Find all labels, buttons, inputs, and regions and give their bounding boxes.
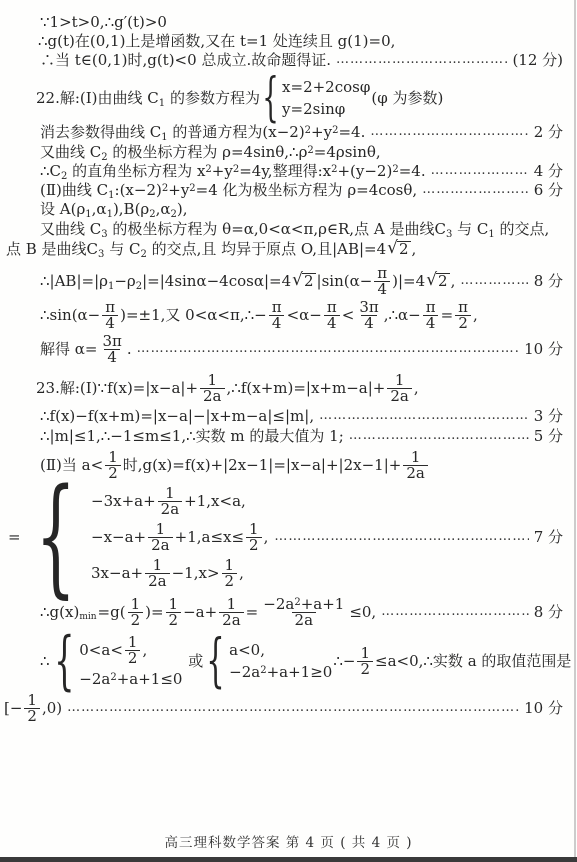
superscript: 2: [332, 125, 338, 136]
fraction-denominator: 2a: [200, 388, 225, 404]
fraction: 12a: [200, 373, 225, 404]
cases-row: 0<a<12,: [79, 635, 182, 666]
answer-sheet-page: ∵1>t>0,∴g′(t)>0∴g(t)在(0,1)上是增函数,又在 t=1 处…: [0, 0, 577, 862]
fraction-numerator: π: [423, 300, 439, 315]
text-run: 22.解:(Ⅰ)由曲线 C1 的参数方程为: [36, 89, 260, 107]
text-run: 3x−a+: [91, 565, 143, 582]
subscript: 2: [171, 209, 177, 220]
fraction-denominator: 2: [125, 650, 141, 666]
fraction-denominator: 2: [24, 708, 40, 724]
fraction-denominator: 2a: [158, 501, 183, 517]
dots-leader: ……………………………………………………………………………………………………………: [460, 272, 528, 290]
score-label: 3 分: [534, 407, 563, 425]
text-run: −a+: [183, 603, 217, 621]
subscript: 3: [446, 229, 452, 240]
text-run: )|=4: [392, 272, 425, 290]
text-run: 解得 α=: [40, 340, 97, 358]
cases-row: x=2+2cosφ: [282, 79, 370, 96]
fraction-numerator: −2a2+a+1: [260, 597, 347, 612]
fraction-numerator: 1: [128, 597, 144, 612]
fraction-numerator: π: [102, 300, 118, 315]
subscript: 3: [98, 249, 104, 260]
radicand: 2: [436, 273, 450, 289]
fraction: 12: [222, 558, 238, 589]
text-run: =: [8, 528, 21, 546]
fraction-denominator: 2: [128, 612, 144, 628]
text-run: =g(: [98, 603, 126, 621]
brace-cases: {a<0,−2a2+a+1≥0: [204, 637, 332, 685]
text-run: ∴C2 的直角坐标方程为 x2+y2=4y,整理得:x2+(y−2)2=4.: [40, 162, 426, 180]
text-run: ∴sin(α−: [40, 306, 100, 324]
fraction: 12: [166, 597, 182, 628]
text-run: (Ⅱ)曲线 C1:(x−2)2+y2=4 化为极坐标方程为 ρ=4cosθ,: [40, 181, 417, 199]
subscript: 2: [136, 281, 142, 292]
fraction: −2a2+a+12a: [260, 597, 347, 628]
fraction-numerator: 1: [246, 522, 262, 537]
superscript: 2: [392, 164, 398, 175]
text-run: ∴|m|≤1,∴−1≤m≤1,∴实数 m 的最大值为 1;: [40, 427, 344, 445]
dots-leader: ……………………………………………………………………………………………………………: [431, 162, 529, 180]
cases-row: −3x+a+12a+1,x<a,: [91, 486, 268, 517]
fraction-numerator: 1: [392, 373, 408, 388]
fraction-denominator: 4: [104, 349, 120, 365]
subscript: 1: [85, 209, 91, 220]
solution-line: ∴|m|≤1,∴−1≤m≤1,∴实数 m 的最大值为 1;………………………………: [40, 427, 563, 446]
text-run: y=2sinφ: [282, 101, 345, 118]
solution-line: ∵1>t>0,∴g′(t)>0: [40, 12, 563, 31]
text-run: ∴当 t∈(0,1)时,g(t)<0 总成立.故命题得证.: [40, 51, 331, 69]
fraction: π4: [423, 300, 439, 331]
fraction-denominator: 2a: [145, 573, 170, 589]
fraction-denominator: 4: [324, 315, 340, 331]
text-run: )=±1,又 0<α<π,∴−: [120, 306, 267, 324]
text-run: −2a2+a+1≥0: [229, 664, 332, 681]
square-root: √2: [426, 273, 449, 289]
left-brace: {: [206, 637, 224, 685]
superscript: 2: [110, 672, 116, 683]
text-run: =: [441, 306, 454, 324]
score-label: 10 分: [524, 699, 563, 717]
dots-leader: ……………………………………………………………………………………………………………: [319, 407, 529, 425]
solution-line: 设 A(ρ1,α1),B(ρ2,α2),: [40, 200, 563, 219]
text-run: |sin(α−: [317, 272, 373, 290]
fraction-numerator: 1: [222, 558, 238, 573]
text-run: <: [342, 306, 355, 324]
square-root: √2: [387, 241, 410, 257]
text-run: 又曲线 C3 的极坐标方程为 θ=α,0<α<π,ρ∈R,点 A 是曲线C3 与…: [40, 220, 549, 238]
radicand: 2: [397, 241, 411, 257]
fraction: 12: [105, 450, 121, 481]
text-run: ≤a<0,∴实数 a 的取值范围是: [375, 652, 571, 670]
text-run: ∴|AB|=|ρ1−ρ2|=|4sinα−4cosα|=4: [40, 272, 291, 290]
score-label: 7 分: [534, 528, 563, 546]
fraction-denominator: 2: [105, 465, 121, 481]
superscript: 2: [162, 183, 168, 194]
cases-row: a<0,: [229, 642, 332, 659]
superscript: 2: [233, 164, 239, 175]
solution-line: (Ⅱ)曲线 C1:(x−2)2+y2=4 化为极坐标方程为 ρ=4cosθ,………: [40, 181, 563, 200]
subscript: 2: [61, 171, 67, 182]
dots-leader: ……………………………………………………………………………………………………………: [336, 51, 507, 69]
brace-cases: {0<a<12,−2a2+a+1≤0: [51, 635, 183, 688]
text-run: 或: [183, 652, 203, 670]
solution-line: ∴|AB|=|ρ1−ρ2|=|4sinα−4cosα|=4√2|sin(α−π4…: [40, 266, 563, 297]
solution-line: ∴g(t)在(0,1)上是增函数,又在 t=1 处连续且 g(1)=0,: [38, 31, 563, 50]
subscript: 1: [488, 229, 494, 240]
fraction: π2: [455, 300, 471, 331]
superscript: 2: [307, 145, 313, 156]
solution-line: ∴sin(α−π4)=±1,又 0<α<π,∴−π4<α−π4<3π4,∴α−π…: [40, 300, 563, 331]
superscript: 2: [294, 597, 300, 608]
page-footer: 高三理科数学答案 第 4 页 ( 共 4 页 ): [0, 831, 577, 851]
solution-line: 22.解:(Ⅰ)由曲线 C1 的参数方程为{x=2+2cosφy=2sinφ(φ…: [36, 77, 563, 120]
fraction: 12a: [158, 486, 183, 517]
cases-row: 3x−a+12a−1,x>12,: [91, 558, 268, 589]
scan-bottom-bar: [0, 857, 577, 862]
fraction: π4: [324, 300, 340, 331]
fraction: 12a: [387, 373, 412, 404]
score-label: 6 分: [534, 181, 563, 199]
text-run: ,: [414, 379, 419, 397]
solution-line: ∴{0<a<12,−2a2+a+1≤0 或{a<0,−2a2+a+1≥0∴−12…: [40, 635, 563, 688]
superscript: 2: [260, 665, 266, 676]
text-run: 又曲线 C2 的极坐标方程为 ρ=4sinθ,∴ρ2=4ρsinθ,: [40, 143, 381, 161]
subscript: 1: [159, 98, 165, 109]
fraction-numerator: 1: [150, 558, 166, 573]
text-run: ∴f(x)−f(x+m)=|x−a|−|x+m−a|≤|m|,: [40, 407, 314, 425]
subscript: 1: [108, 281, 114, 292]
text-run: ,: [264, 529, 269, 546]
fraction-numerator: 3π: [356, 300, 381, 315]
solution-line: (Ⅱ)当 a<12时,g(x)=f(x)+|2x−1|=|x−a|+|2x−1|…: [40, 450, 563, 481]
text-run: −1,x>: [172, 565, 220, 582]
fraction-denominator: 2: [166, 612, 182, 628]
brace-cases: {−3x+a+12a+1,x<a,−x−a+12a+1,a≤x≤12,3x−a+…: [22, 485, 269, 590]
score-label: 8 分: [534, 272, 563, 290]
fraction: 12a: [145, 558, 170, 589]
dots-leader: ……………………………………………………………………………………………………………: [274, 528, 528, 546]
cases-row: −2a2+a+1≤0: [79, 671, 182, 688]
text-run: )=: [145, 603, 163, 621]
text-run: ,: [412, 240, 417, 258]
subscript: 2: [149, 209, 155, 220]
solution-line: ={−3x+a+12a+1,x<a,−x−a+12a+1,a≤x≤12,3x−a…: [8, 485, 563, 590]
text-run: ,: [473, 306, 478, 324]
text-run: 设 A(ρ1,α1),B(ρ2,α2),: [40, 200, 188, 218]
fraction-denominator: 4: [269, 315, 285, 331]
score-label: 2 分: [534, 123, 563, 141]
fraction-numerator: 1: [204, 373, 220, 388]
cases-row: −x−a+12a+1,a≤x≤12,: [91, 522, 268, 553]
text-run: +1,a≤x≤: [175, 529, 244, 546]
text-run: [−: [4, 699, 22, 717]
text-run: ∵1>t>0,∴g′(t)>0: [40, 13, 167, 31]
fraction-numerator: 1: [24, 693, 40, 708]
subscript: 3: [101, 229, 107, 240]
solution-line: ∴g(x)min=g(12)=12−a+12a=−2a2+a+12a≤0,…………: [40, 597, 563, 628]
text-run: <α−: [287, 306, 322, 324]
fraction: π4: [374, 266, 390, 297]
text-run: 时,g(x)=f(x)+|2x−1|=|x−a|+|2x−1|+: [123, 456, 402, 474]
text-run: ∴: [40, 652, 50, 670]
fraction-denominator: 2: [357, 661, 373, 677]
text-run: ,0): [42, 699, 62, 717]
fraction-numerator: π: [269, 300, 285, 315]
dots-leader: ……………………………………………………………………………………………………………: [370, 123, 528, 141]
brace-cases: {x=2+2cosφy=2sinφ: [261, 77, 370, 120]
fraction: π4: [102, 300, 118, 331]
cases-row: −2a2+a+1≥0: [229, 664, 332, 681]
subscript: 1: [107, 209, 113, 220]
text-run: 23.解:(Ⅰ)∵f(x)=|x−a|+: [36, 379, 198, 397]
fraction: 12a: [148, 522, 173, 553]
fraction-numerator: 1: [224, 597, 240, 612]
subscript: 1: [108, 190, 114, 201]
left-brace: {: [35, 485, 76, 590]
square-root: √2: [292, 273, 315, 289]
text-run: −x−a+: [91, 529, 146, 546]
text-run: ∴−: [333, 652, 355, 670]
fraction-numerator: 1: [105, 450, 121, 465]
fraction: 12: [357, 646, 373, 677]
fraction-denominator: 4: [423, 315, 439, 331]
fraction-denominator: 2: [222, 573, 238, 589]
text-run: =: [246, 603, 259, 621]
fraction-numerator: π: [324, 300, 340, 315]
fraction-numerator: π: [374, 266, 390, 281]
score-label: 4 分: [534, 162, 563, 180]
fraction-denominator: 2: [455, 315, 471, 331]
text-run: −3x+a+: [91, 493, 156, 510]
text-run: +1,x<a,: [184, 493, 246, 510]
score-label: 5 分: [534, 427, 563, 445]
radicand: 2: [302, 273, 316, 289]
solution-line: ∴当 t∈(0,1)时,g(t)<0 总成立.故命题得证.………………………………: [40, 50, 563, 69]
left-brace: {: [262, 77, 279, 120]
solution-line: 消去参数得曲线 C1 的普通方程为(x−2)2+y2=4.………………………………: [40, 123, 563, 142]
score-label: 10 分: [524, 340, 563, 358]
document-body: ∵1>t>0,∴g′(t)>0∴g(t)在(0,1)上是增函数,又在 t=1 处…: [0, 6, 569, 724]
fraction-denominator: 4: [374, 281, 390, 297]
subscript: 2: [140, 249, 146, 260]
superscript: 2: [305, 125, 311, 136]
fraction: 12a: [403, 450, 428, 481]
dots-leader: ……………………………………………………………………………………………………………: [137, 340, 519, 358]
fraction-numerator: 3π: [99, 334, 124, 349]
text-run: .: [127, 340, 132, 358]
superscript: 2: [331, 164, 337, 175]
fraction-denominator: 2: [246, 537, 262, 553]
fraction-denominator: 2a: [219, 612, 244, 628]
text-run: ≤0,: [349, 603, 376, 621]
solution-line: ∴f(x)−f(x+m)=|x−a|−|x+m−a|≤|m|,…………………………: [40, 407, 563, 426]
dots-leader: ……………………………………………………………………………………………………………: [381, 603, 528, 621]
fraction-numerator: π: [455, 300, 471, 315]
text-run: ,∴α−: [384, 306, 421, 324]
fraction-denominator: 2a: [403, 465, 428, 481]
solution-line: 解得 α=3π4.……………………………………………………………………………………: [40, 334, 563, 365]
solution-line: 23.解:(Ⅰ)∵f(x)=|x−a|+12a,∴f(x+m)=|x+m−a|+…: [36, 373, 563, 404]
superscript: 2: [189, 183, 195, 194]
fraction-numerator: 1: [357, 646, 373, 661]
fraction: 12: [128, 597, 144, 628]
fraction-denominator: 2a: [292, 612, 317, 628]
scan-edge-line: [574, 0, 576, 862]
fraction-numerator: 1: [125, 635, 141, 650]
text-run: ,: [239, 565, 244, 582]
fraction: 12: [246, 522, 262, 553]
fraction: 3π4: [99, 334, 124, 365]
text-run: a<0,: [229, 642, 265, 659]
solution-line: ∴C2 的直角坐标方程为 x2+y2=4y,整理得:x2+(y−2)2=4.………: [40, 162, 563, 181]
superscript: 2: [205, 164, 211, 175]
cases-rows: x=2+2cosφy=2sinφ: [282, 79, 370, 118]
text-run: 点 B 是曲线C3 与 C2 的交点,且 均异于原点 O,且|AB|=4: [6, 240, 386, 258]
fraction-numerator: 1: [166, 597, 182, 612]
score-label: 8 分: [534, 603, 563, 621]
score-label: (12 分): [512, 51, 563, 69]
cases-rows: a<0,−2a2+a+1≥0: [229, 642, 332, 681]
solution-line: 又曲线 C2 的极坐标方程为 ρ=4sinθ,∴ρ2=4ρsinθ,: [40, 143, 563, 162]
left-brace: {: [54, 635, 74, 687]
solution-line: 又曲线 C3 的极坐标方程为 θ=α,0<α<π,ρ∈R,点 A 是曲线C3 与…: [40, 220, 563, 239]
text-run: ,: [451, 272, 456, 290]
text-run: −2a2+a+1≤0: [79, 671, 182, 688]
fraction: π4: [269, 300, 285, 331]
dots-leader: ……………………………………………………………………………………………………………: [349, 427, 529, 445]
dots-leader: ……………………………………………………………………………………………………………: [422, 181, 529, 199]
subscript: 1: [161, 132, 167, 143]
text-run: ,: [142, 642, 147, 659]
fraction-denominator: 2a: [387, 388, 412, 404]
fraction-denominator: 4: [361, 315, 377, 331]
fraction-numerator: 1: [408, 450, 424, 465]
fraction: 12: [125, 635, 141, 666]
solution-line: 点 B 是曲线C3 与 C2 的交点,且 均异于原点 O,且|AB|=4√2,: [6, 240, 563, 259]
text-run: 消去参数得曲线 C1 的普通方程为(x−2)2+y2=4.: [40, 123, 365, 141]
cases-rows: 0<a<12,−2a2+a+1≤0: [79, 635, 182, 688]
text-run: ∴g(t)在(0,1)上是增函数,又在 t=1 处连续且 g(1)=0,: [38, 32, 395, 50]
fraction: 12a: [219, 597, 244, 628]
fraction-numerator: 1: [153, 522, 169, 537]
fraction: 3π4: [356, 300, 381, 331]
cases-rows: −3x+a+12a+1,x<a,−x−a+12a+1,a≤x≤12,3x−a+1…: [91, 486, 268, 589]
fraction-numerator: 1: [162, 486, 178, 501]
text-run: 0<a<: [79, 642, 123, 659]
text-run: x=2+2cosφ: [282, 79, 370, 96]
fraction: 12: [24, 693, 40, 724]
fraction-denominator: 4: [102, 315, 118, 331]
dots-leader: ……………………………………………………………………………………………………………: [67, 699, 519, 717]
text-run: (φ 为参数): [371, 89, 443, 107]
fraction-denominator: 2a: [148, 537, 173, 553]
cases-row: y=2sinφ: [282, 101, 370, 118]
text-run: ,∴f(x+m)=|x+m−a|+: [227, 379, 386, 397]
subscript: 2: [101, 152, 107, 163]
solution-line: [−12,0)…………………………………………………………………………………………: [4, 693, 563, 724]
